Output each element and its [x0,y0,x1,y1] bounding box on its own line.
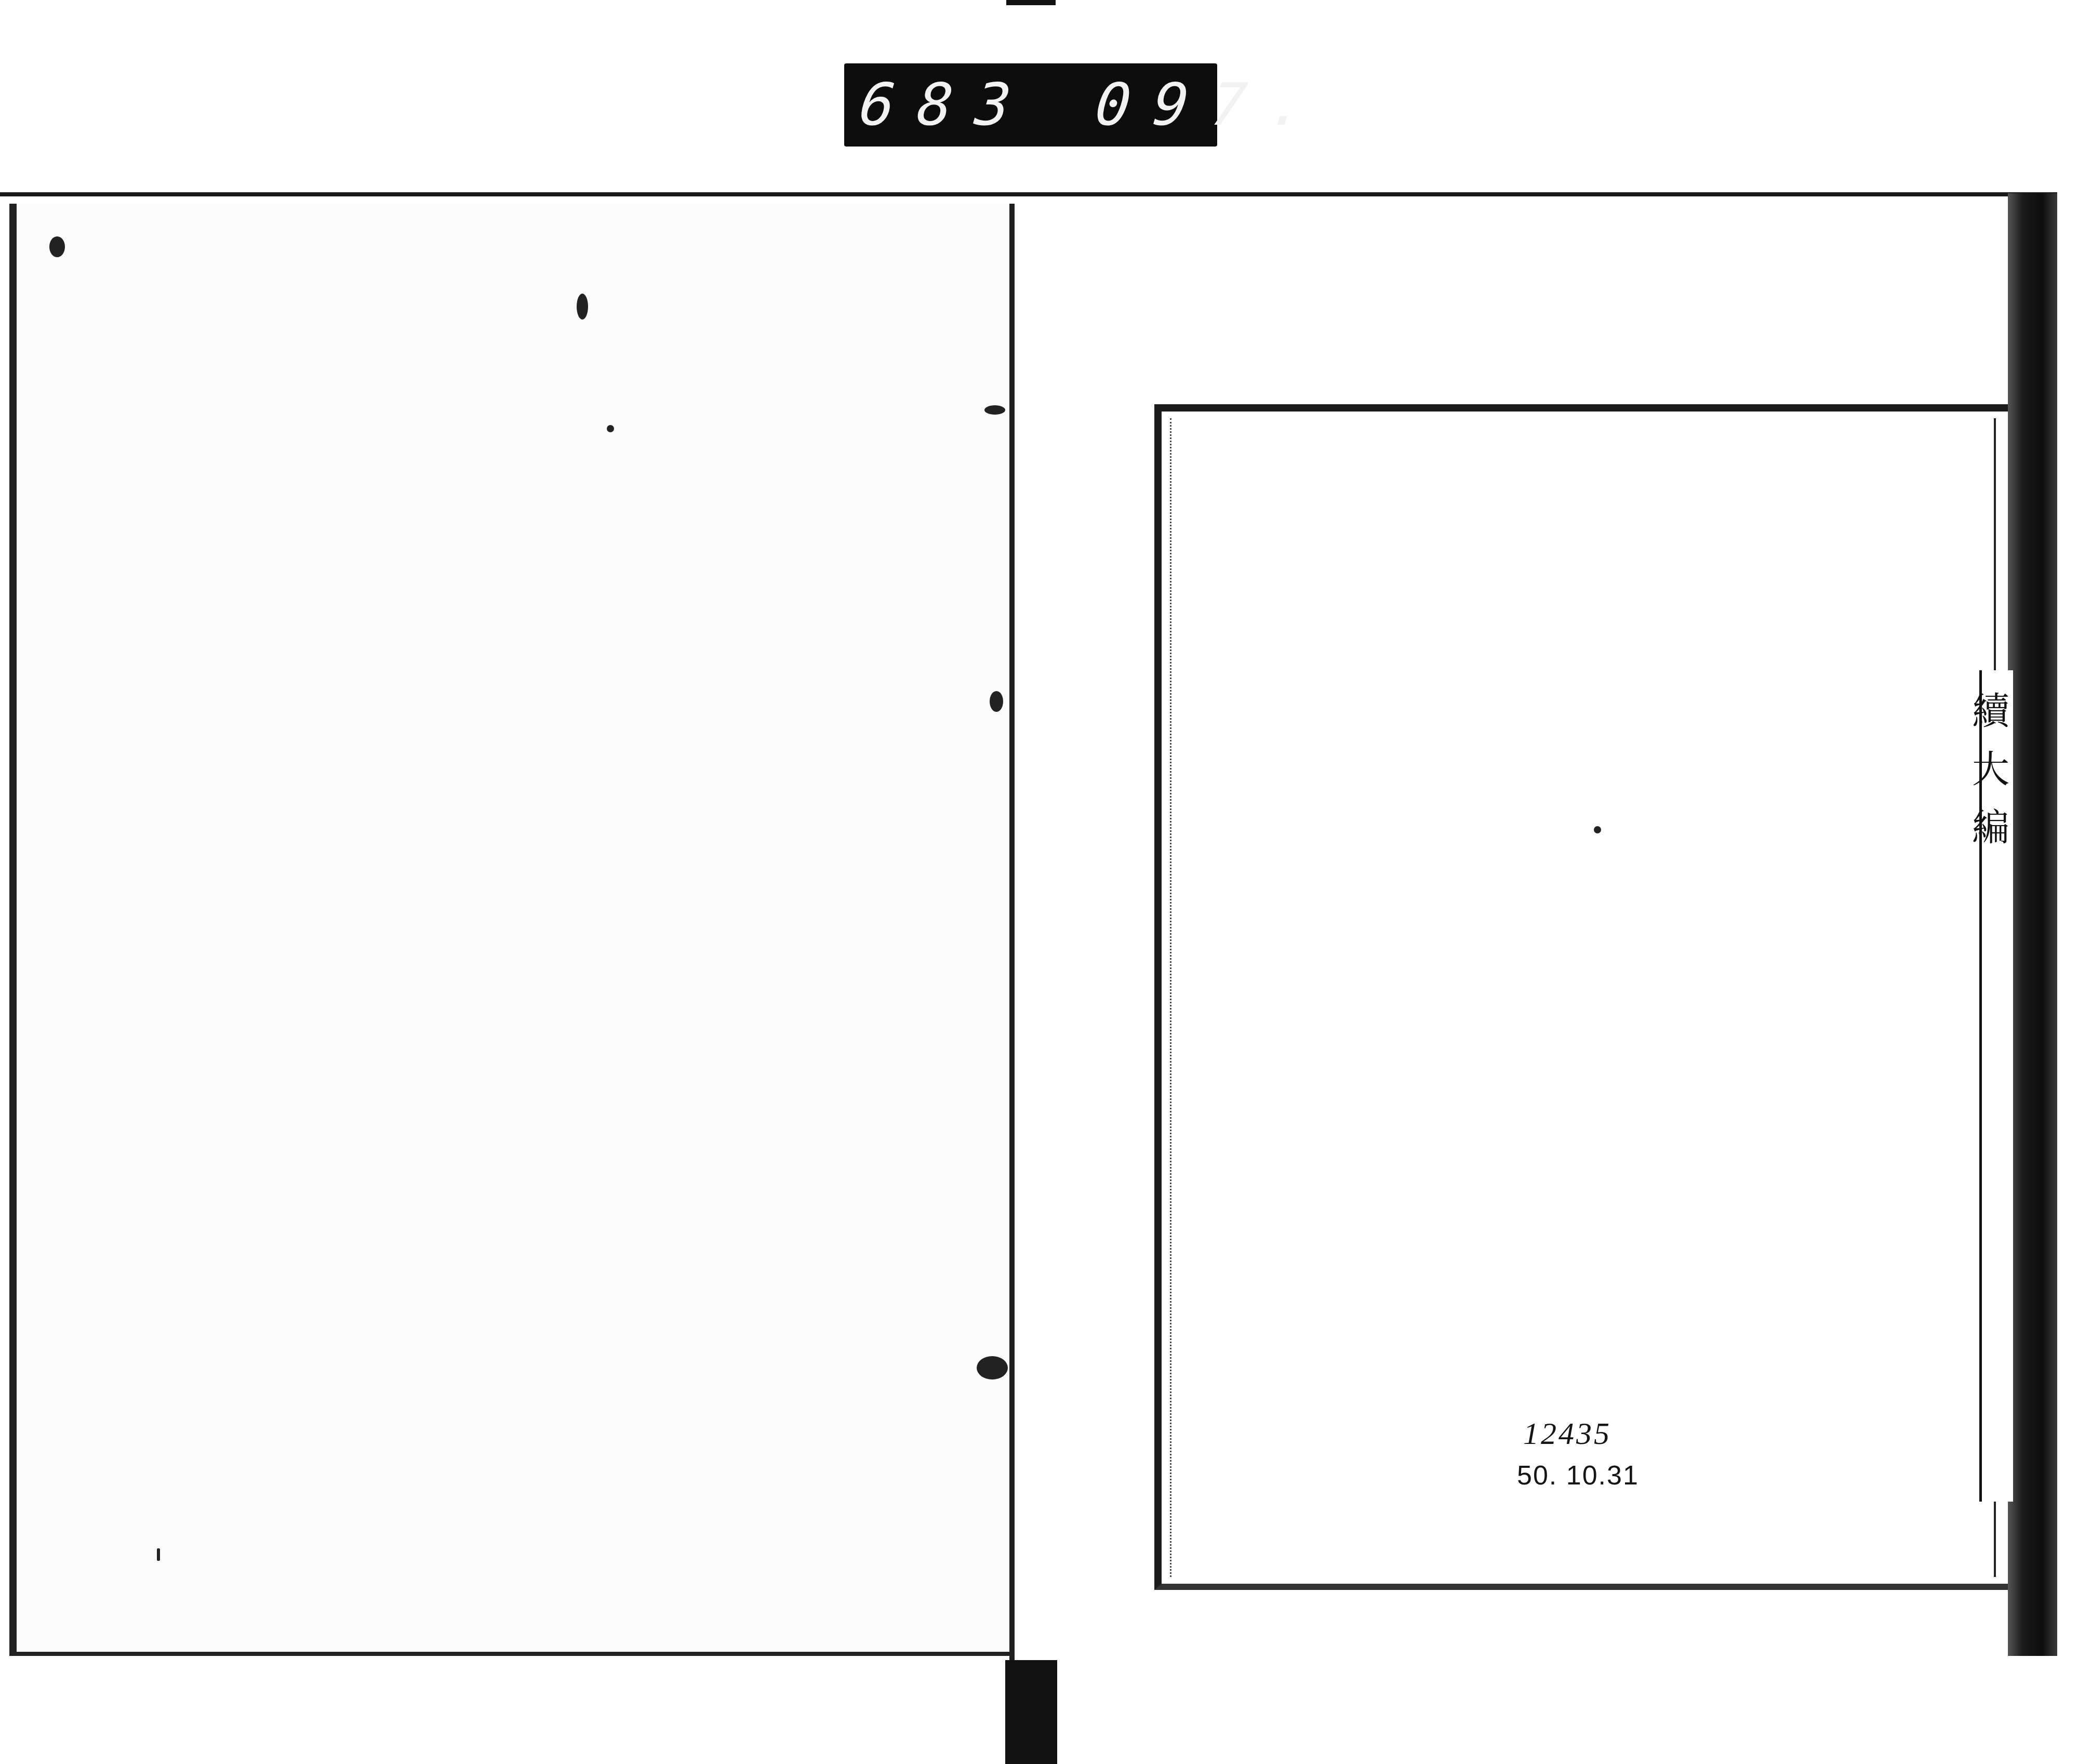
ink-speck [990,691,1003,712]
ink-speck [984,405,1005,415]
title-slip-text: 續大編 [1983,691,2015,866]
reel-frame-label: 683 097. [844,63,1217,147]
binding-shadow [1005,1660,1057,1764]
film-marker [1006,0,1056,5]
left-page [9,204,1015,1656]
book-gutter [1009,204,1015,1674]
reel-number: 683 [856,71,1037,139]
book-fore-edge [2008,193,2057,1656]
ink-speck [977,1356,1008,1380]
accession-date-stamp: 50. 10.31 [1517,1460,1639,1491]
ink-speck [607,425,614,432]
accession-number-stamp: 12435 [1523,1416,1611,1452]
page-top-edge [0,192,2057,196]
frame-number: 097. [1092,71,1330,139]
ink-speck [1594,826,1601,833]
cover-label-inner-border [1170,418,1996,1577]
ink-speck [577,294,588,320]
ink-speck [49,236,65,257]
ink-speck [157,1548,160,1561]
